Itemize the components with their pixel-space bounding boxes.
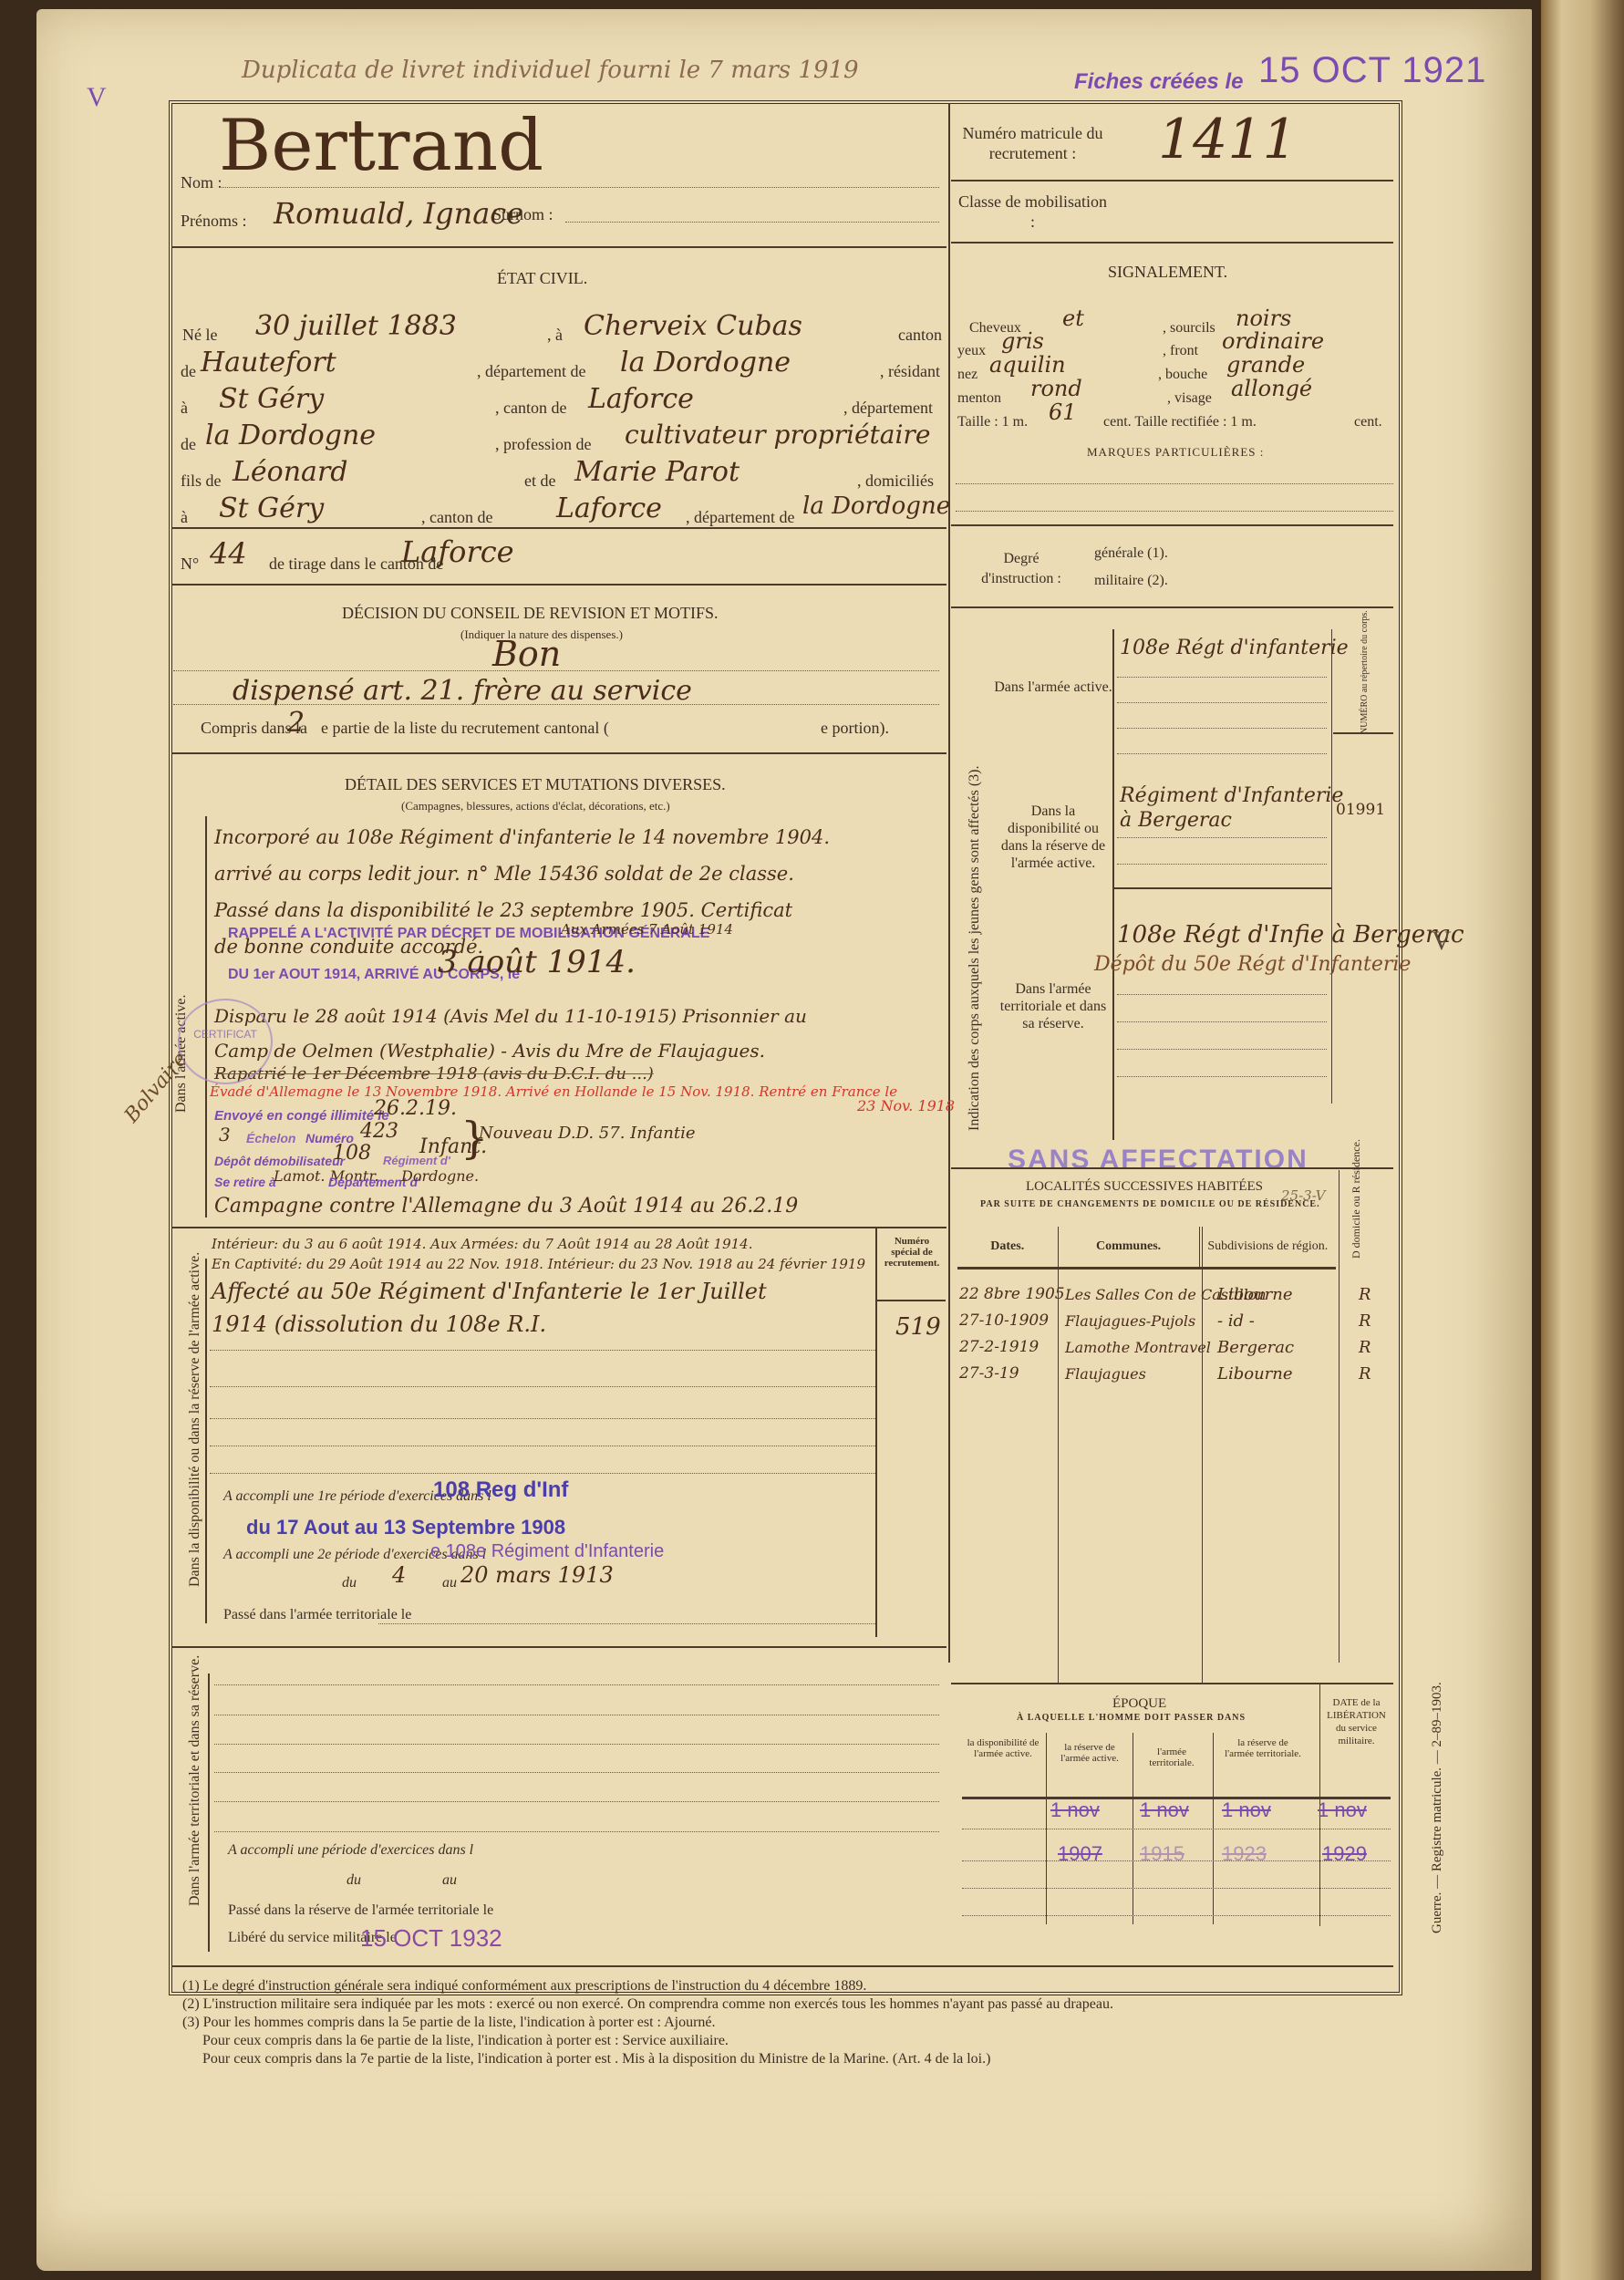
disponibilite-lines: Intérieur: du 3 au 6 août 1914. Aux Armé… [212, 1234, 877, 1274]
localite-date: 22 8bre 1905 [959, 1281, 1065, 1308]
rule [210, 1418, 875, 1419]
epoque-reserve-terr-2: 1923 [1222, 1842, 1267, 1866]
ex2-au: 20 mars 1913 [460, 1562, 614, 1588]
column-divider [948, 103, 950, 1663]
footnote: Pour ceux compris dans la 7e partie de l… [182, 2050, 1386, 2068]
divider [171, 1646, 946, 1648]
bracket-line [205, 1259, 207, 1623]
divider [171, 752, 946, 754]
surnom-label: Surnom : [492, 205, 553, 224]
disparu-lines: Disparu le 28 août 1914 (Avis Mel du 11-… [214, 999, 944, 1068]
etat-civil-title: ÉTAT CIVIL. [497, 269, 587, 288]
rule [962, 1829, 1391, 1829]
sourcils-value: noirs [1236, 306, 1291, 331]
divider [1333, 732, 1393, 734]
rule [214, 1801, 939, 1802]
divider [951, 1683, 1393, 1684]
rule [1117, 994, 1327, 995]
services-subtitle: (Campagnes, blessures, actions d'éclat, … [401, 799, 670, 814]
du-label: du [347, 1872, 361, 1889]
taille-value: 61 [1049, 399, 1077, 425]
rule [214, 1744, 939, 1745]
mere: Marie Parot [574, 456, 740, 488]
bouche-value: grande [1226, 352, 1305, 378]
rule [1117, 677, 1327, 678]
rule [962, 1888, 1391, 1889]
rule [962, 1860, 1391, 1861]
de-label: de [181, 435, 196, 454]
prenoms-value: Romuald, Ignace [274, 196, 523, 231]
column-divider [1202, 1227, 1203, 1683]
classe-label: Classe de mobilisation : [957, 192, 1108, 232]
signalement-title: SIGNALEMENT. [1108, 263, 1227, 282]
conseil-title: DÉCISION DU CONSEIL DE REVISION ET MOTIF… [342, 604, 719, 623]
rule [956, 483, 1393, 484]
epoque-title: ÉPOQUE [1112, 1696, 1166, 1712]
divider [951, 524, 1393, 526]
epoque-header-reserve-territoriale: la réserve de l'armée territoriale. [1222, 1737, 1304, 1759]
a-label: à [181, 508, 188, 527]
numero-special: 519 [895, 1313, 941, 1341]
rule [173, 670, 939, 671]
depot-value: 108 [333, 1142, 371, 1165]
ex1-dates: du 17 Aout au 13 Septembre 1908 [246, 1516, 565, 1539]
corps-dispo-numero: 01991 [1336, 801, 1385, 819]
dispo-line: En Captivité: du 29 Août 1914 au 22 Nov.… [212, 1254, 877, 1274]
degre-label: Degré d'instruction : [967, 549, 1076, 589]
column-divider [1339, 1170, 1340, 1663]
divider [951, 242, 1393, 244]
rule [962, 1915, 1391, 1916]
epoque-reserve-terr-1: 1 nov [1222, 1798, 1271, 1822]
prenoms-label: Prénoms : [181, 212, 247, 231]
certificat-stamp-text: CERTIFICAT [180, 1028, 271, 1041]
cent-label: cent. Taille rectifiée : 1 m. [1103, 414, 1257, 430]
nez-label: nez [957, 367, 978, 383]
canton-label: , canton de [421, 508, 492, 527]
residence: St Géry [219, 383, 324, 415]
rule [1117, 728, 1327, 729]
footnote: (3) Pour les hommes compris dans la 5e p… [182, 2014, 1386, 2032]
campagne: Campagne contre l'Allemagne du 3 Août 19… [214, 1195, 798, 1218]
localites-title: LOCALITÉS SUCCESSIVES HABITÉES [1026, 1179, 1263, 1195]
localites-annotation: 25-3-V [1281, 1187, 1326, 1204]
nouveau-dd: Nouveau D.D. 57. Infantie [479, 1124, 695, 1143]
visage-value: allongé [1231, 376, 1312, 401]
localite-subdivision: Libourne [1217, 1361, 1294, 1387]
dispo-line: Intérieur: du 3 au 6 août 1914. Aux Armé… [212, 1234, 877, 1254]
affecte-lines: Affecté au 50e Régiment d'Infanterie le … [212, 1275, 868, 1341]
localite-type: R [1359, 1334, 1371, 1361]
depot-label: Dépôt démobilisateur [214, 1154, 345, 1168]
rule [210, 1386, 875, 1387]
footnote: (2) L'instruction militaire sera indiqué… [182, 1995, 1386, 2014]
bouche-label: , bouche [1158, 367, 1207, 383]
canton-naissance: Hautefort [201, 347, 336, 378]
menton-value: rond [1030, 376, 1082, 401]
rule [214, 1684, 939, 1685]
lieu-naissance: Cherveix Cubas [584, 310, 802, 342]
front-value: ordinaire [1222, 328, 1324, 354]
side-label-disponibilite: Dans la disponibilité ou dans la réserve… [187, 1249, 203, 1587]
corps-dispo-label: Dans la disponibilité ou dans la réserve… [994, 803, 1112, 872]
sans-affectation-stamp: SANS AFFECTATION [1008, 1145, 1309, 1176]
echelon-value: 3 [219, 1124, 231, 1145]
ex1-stamp: 108 Reg d'Inf [433, 1477, 568, 1503]
corps-check-mark: V [1432, 926, 1452, 957]
rule [1117, 864, 1327, 865]
du-label: du [342, 1575, 357, 1591]
rule [214, 1772, 939, 1773]
residence-departement: la Dordogne [205, 420, 376, 451]
footnote: Pour ceux compris dans la 6e partie de l… [182, 2032, 1386, 2050]
numero-repertoire-header: NUMÉRO au répertoire du corps. [1359, 616, 1371, 734]
cent-label: cent. [1354, 414, 1382, 430]
fiches-stamp-date: 15 OCT 1921 [1258, 50, 1486, 91]
date-liberation-header: DATE de la LIBÉRATION du service militai… [1322, 1696, 1391, 1747]
ex2-value: e 108e Régiment d'Infanterie [430, 1541, 664, 1562]
territoriale-label: Passé dans l'armée territoriale le [223, 1607, 411, 1623]
tirage-no: 44 [210, 536, 247, 571]
a-label: à [181, 399, 188, 418]
rule [210, 1350, 875, 1351]
header-subdivisions: Subdivisions de région. [1199, 1227, 1336, 1268]
column-divider [1331, 629, 1332, 1104]
numero-value: 423 [360, 1120, 398, 1143]
localite-subdivision: - id - [1217, 1308, 1294, 1334]
rule [1117, 1021, 1327, 1022]
services-title: DÉTAIL DES SERVICES ET MUTATIONS DIVERSE… [345, 775, 726, 794]
matricule-label: Numéro matricule du recrutement : [957, 123, 1108, 163]
et-de-label: et de [524, 472, 555, 491]
corps-terr-label: Dans l'armée territoriale et dans sa rés… [994, 980, 1112, 1032]
divider [1112, 887, 1331, 889]
localites-subdivisions: Libourne - id - Bergerac Libourne [1217, 1281, 1294, 1387]
domicilies-label: , domiciliés [857, 472, 934, 491]
divider [951, 1167, 1393, 1169]
epoque-header-reserve-active: la réserve de l'armée active. [1049, 1742, 1131, 1764]
rapatrie-struck: Rapatrié le 1er Décembre 1918 (avis du D… [214, 1064, 654, 1083]
date-naissance: 30 juillet 1883 [255, 310, 457, 342]
rule [1117, 1076, 1327, 1077]
epoque-liberation-1: 1 nov [1318, 1798, 1367, 1822]
duplicata-note: Duplicata de livret individuel fourni le… [242, 57, 859, 84]
epoque-subtitle: À LAQUELLE L'HOMME DOIT PASSER DANS [1017, 1713, 1246, 1723]
registre-matricule-label: Guerre. — Registre matricule. — 2–89–190… [1430, 1496, 1445, 1933]
aux-armees: Aux Armées 7 Août 1914 [561, 921, 733, 938]
localite-subdivision: Bergerac [1217, 1334, 1294, 1361]
header-dates: Dates. [957, 1227, 1058, 1268]
divider [877, 1300, 946, 1301]
au-label: au [442, 1575, 457, 1591]
parents-departement: la Dordogne [802, 492, 950, 520]
generale-label: générale (1). [1094, 545, 1168, 562]
corps-dispo-value-2: à Bergerac [1120, 809, 1232, 832]
corps-terr-value-1: 108e Régt d'Infie à Bergerac [1117, 921, 1464, 948]
epoque-territoriale-2: 1915 [1140, 1842, 1184, 1866]
residence-canton: Laforce [588, 383, 694, 415]
localites-type-header: D domicile ou R résidence. [1350, 1176, 1363, 1259]
divider [951, 606, 1393, 608]
visage-label: , visage [1167, 390, 1212, 407]
divider [171, 246, 946, 248]
rule [214, 1831, 939, 1832]
portion-suffix: e portion). [821, 719, 889, 738]
nom-underline [219, 187, 939, 188]
parents-lieu: St Géry [219, 492, 324, 524]
epoque-reserve-active-1: 1 nov [1050, 1798, 1100, 1822]
retire-dept: Dordogne. [401, 1167, 479, 1185]
rule [1117, 702, 1327, 703]
numero-special-header: Numéro spécial de recrutement. [880, 1236, 944, 1269]
de-label: de [181, 362, 196, 381]
militaire-label: militaire (2). [1094, 573, 1168, 589]
nez-value: aquilin [989, 352, 1066, 378]
column-divider [875, 1227, 877, 1637]
header-communes: Communes. [1058, 1227, 1199, 1268]
departement-naissance: la Dordogne [620, 347, 791, 378]
localite-subdivision: Libourne [1217, 1281, 1294, 1308]
tirage-no-label: N° [181, 554, 199, 574]
yeux-value: gris [1001, 328, 1044, 354]
localite-date: 27-2-1919 [959, 1334, 1065, 1361]
terr-ex-label: A accompli une période d'exercices dans … [228, 1842, 473, 1859]
corps-terr-value-2: Dépôt du 50e Régt d'Infanterie [1094, 953, 1411, 976]
localites-table: Dates. Communes. Subdivisions de région. [957, 1227, 1336, 1270]
rule [1117, 837, 1327, 838]
nom-label: Nom : [181, 173, 222, 192]
matricule-value: 1411 [1158, 108, 1298, 171]
a-label: , à [547, 326, 563, 345]
rappel-date: 3 août 1914. [438, 944, 636, 980]
epoque-territoriale-1: 1 nov [1140, 1798, 1189, 1822]
front-label: , front [1163, 343, 1198, 359]
certificat-stamp: CERTIFICAT [178, 999, 273, 1084]
localite-type: R [1359, 1361, 1371, 1387]
pere: Léonard [233, 456, 348, 488]
corps-active-label: Dans l'armée active. [994, 679, 1112, 696]
rule [210, 1446, 875, 1446]
departement-label: , département de [477, 362, 585, 381]
epoque-header-dispo: la disponibilité de l'armée active. [962, 1737, 1044, 1759]
divider [171, 1965, 1393, 1967]
tirage-canton: Laforce [401, 534, 514, 569]
service-line: Incorporé au 108e Régiment d'infanterie … [214, 819, 944, 855]
divider [951, 180, 1393, 181]
service-line: Camp de Oelmen (Westphalie) - Avis du Mr… [214, 1033, 944, 1068]
profession: cultivateur propriétaire [625, 420, 930, 450]
profession-label: , profession de [495, 435, 591, 454]
menton-label: menton [957, 390, 1001, 407]
echelon-label: Échelon [246, 1131, 295, 1145]
book-spine [1541, 0, 1624, 2280]
epoque-header-territoriale: l'armée territoriale. [1135, 1746, 1208, 1768]
yeux-label: yeux [957, 343, 986, 359]
service-line: arrivé au corps ledit jour. n° Mle 15436… [214, 855, 944, 892]
margin-check-mark: V [87, 82, 107, 113]
rule [214, 1715, 939, 1715]
evade-date: 23 Nov. 1918 [857, 1097, 955, 1114]
nom-value: Bertrand [219, 105, 543, 187]
conseil-partie: 2 [287, 707, 305, 739]
conseil-motif: dispensé art. 21. frère au service [233, 675, 692, 707]
canton-label: canton [898, 326, 942, 345]
fiches-stamp-label: Fiches créées le [1074, 69, 1243, 95]
epoque-reserve-active-2: 1907 [1058, 1842, 1102, 1866]
localites-subtitle: PAR SUITE DE CHANGEMENTS DE DOMICILE OU … [980, 1199, 1320, 1209]
departement-label: , département de [686, 508, 794, 527]
marques-title: MARQUES PARTICULIÈRES : [1087, 445, 1264, 460]
departement-label: , département [843, 399, 933, 418]
bracket-line [208, 1674, 210, 1952]
dispo-line: 1914 (dissolution du 108e R.I. [212, 1308, 868, 1341]
divider [171, 1227, 946, 1228]
conseil-decision: Bon [492, 634, 561, 674]
residant-label: , résidant [880, 362, 940, 381]
fils-de-label: fils de [181, 472, 222, 491]
libere-stamp: 15 OCT 1932 [360, 1924, 502, 1953]
rule [1117, 1049, 1327, 1050]
taille-label: Taille : 1 m. [957, 414, 1028, 430]
cheveux-value: et [1062, 306, 1084, 331]
service-line: Disparu le 28 août 1914 (Avis Mel du 11-… [214, 999, 944, 1033]
rule [956, 511, 1393, 512]
parents-canton: Laforce [556, 492, 662, 524]
canton-label: , canton de [495, 399, 566, 418]
ex2-du: 4 [392, 1562, 406, 1588]
dispo-line: Affecté au 50e Régiment d'Infanterie le … [212, 1275, 868, 1308]
divider [171, 584, 946, 586]
localites-dates: 22 8bre 1905 27-10-1909 27-2-1919 27-3-1… [959, 1281, 1065, 1387]
rule [210, 1473, 875, 1474]
rule [173, 704, 939, 705]
side-label-territoriale: Dans l'armée territoriale et dans sa rés… [187, 1705, 203, 1906]
localites-types: R R R R [1359, 1281, 1371, 1387]
terr-reserve-label: Passé dans la réserve de l'armée territo… [228, 1902, 493, 1919]
footnote: (1) Le degré d'instruction générale sera… [182, 1977, 1386, 1995]
bracket-line [1112, 629, 1114, 1140]
sourcils-label: , sourcils [1163, 320, 1215, 337]
services-lines: Incorporé au 108e Régiment d'infanterie … [214, 819, 944, 965]
ne-le-label: Né le [182, 326, 217, 345]
column-divider [1058, 1227, 1059, 1683]
epoque-liberation-2: 1929 [1322, 1842, 1367, 1866]
corps-active-value: 108e Régt d'infanterie [1120, 637, 1349, 659]
footnotes: (1) Le degré d'instruction générale sera… [182, 1977, 1386, 2068]
corps-side-label: Indication des corps auxquels les jeunes… [967, 638, 983, 1131]
localite-type: R [1359, 1281, 1371, 1308]
rule [1117, 753, 1327, 754]
evade-note: Évadé d'Allemagne le 13 Novembre 1918. A… [210, 1083, 897, 1100]
localite-date: 27-10-1909 [959, 1308, 1065, 1334]
conge-date: 26.2.19. [374, 1097, 457, 1120]
rule [378, 1623, 875, 1624]
retire-label: Se retire à [214, 1175, 276, 1189]
surnom-field [565, 222, 939, 223]
partie-suffix: e partie de la liste du recrutement cant… [321, 719, 609, 738]
divider [171, 527, 946, 529]
au-label: au [442, 1872, 457, 1889]
localite-type: R [1359, 1308, 1371, 1334]
localite-date: 27-3-19 [959, 1361, 1065, 1387]
corps-dispo-value-1: Régiment d'Infanterie [1120, 784, 1343, 807]
